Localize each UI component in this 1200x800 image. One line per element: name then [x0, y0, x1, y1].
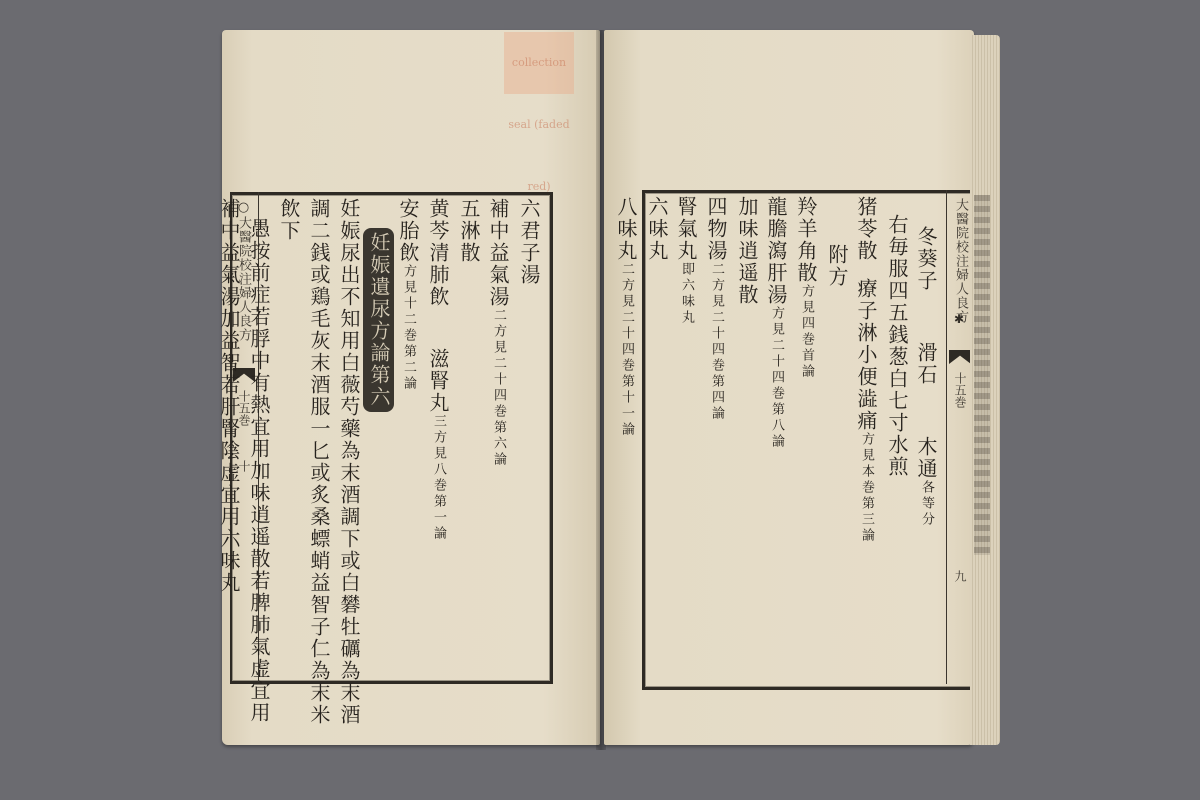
body-text: 飲下	[277, 198, 301, 242]
left-page-text: 六君子湯 補中益氣湯二方見二十四巻第六論 五淋散 黄芩清肺飲滋腎丸三方見八巻第一…	[262, 198, 544, 676]
text-column: 愚按前症若脬中有熱宜用加味逍遥散若脾肺氣虚宜用	[244, 198, 274, 676]
text-column: 五淋散	[454, 198, 484, 676]
text-column: 妊娠遺尿方論第六	[364, 198, 394, 676]
body-text: 調二銭或鶏毛灰末酒服一匕或炙桑螵蛸益智子仁為末米	[307, 198, 331, 726]
section-subheading: 附方	[825, 244, 849, 288]
formula-name: 六君子湯	[517, 198, 541, 286]
formula-name: 滋腎丸	[426, 348, 450, 414]
cross-reference-note: 方見二十四巻第八論	[769, 306, 784, 450]
text-column: 補中益氣湯加益智若肝腎陰虚宜用六味丸	[214, 198, 244, 676]
formula-name: 腎氣丸	[674, 196, 698, 262]
text-column: 腎氣丸即六味丸	[672, 196, 702, 682]
right-folio-number: 九	[952, 570, 969, 582]
text-column: 妊娠尿出不知用白薇芍藥為末酒調下或白礬牡礪為末酒	[334, 198, 364, 676]
cross-reference-note: 即六味丸	[679, 262, 694, 326]
text-column: 加味逍遥散	[732, 196, 762, 682]
text-column: 六君子湯	[514, 198, 544, 676]
text-column: 安胎飲方見十二巻第二論	[394, 198, 424, 676]
body-text: 妊娠尿出不知用白薇芍藥為末酒調下或白礬牡礪為末酒	[337, 198, 361, 726]
formula-name: 猪苓散	[854, 196, 878, 262]
formula-name: 補中益氣湯	[486, 198, 510, 308]
text-column: 四物湯二方見二十四巻第四論	[702, 196, 732, 682]
cross-reference-note: 方見四巻首論	[799, 284, 814, 380]
cross-reference-note: 方見十二巻第二論	[401, 264, 416, 392]
text-column: 羚羊角散方見四巻首論	[792, 196, 822, 682]
collection-seal: collection seal (faded red)	[504, 32, 574, 94]
formula-name: 八味丸	[614, 196, 638, 262]
text-column: 六味丸	[642, 196, 672, 682]
formula-name: 加味逍遥散	[735, 196, 759, 306]
cross-reference-note: 二方見二十四巻第四論	[709, 262, 724, 422]
fishtail-mark-icon	[949, 350, 971, 364]
commentary-text: 補中益氣湯加益智若肝腎陰虚宜用六味丸	[217, 198, 241, 594]
edge-ink-bleed	[974, 195, 990, 555]
ingredient-name: 滑石	[914, 342, 938, 386]
formula-name: 五淋散	[457, 198, 481, 264]
open-book: collection seal (faded red) ○大醫院校注婦人良方 十…	[222, 30, 1002, 750]
formula-name: 羚羊角散	[794, 196, 818, 284]
indication-text: 療子淋小便澁痛	[854, 278, 878, 432]
text-column: 右毎服四五銭葱白七寸水煎	[882, 196, 912, 682]
ingredient-name: 木通	[914, 436, 938, 480]
text-column: 調二銭或鶏毛灰末酒服一匕或炙桑螵蛸益智子仁為末米	[304, 198, 334, 676]
right-page-center-column: 大醫院校注婦人良方 十五巻 九	[946, 190, 973, 684]
text-column: 猪苓散療子淋小便澁痛方見本巻第三論	[852, 196, 882, 682]
commentary-text: 愚按前症若脬中有熱宜用加味逍遥散若脾肺氣虚宜用	[247, 218, 271, 724]
ingredient-name: 冬葵子	[914, 226, 938, 292]
formula-name: 四物湯	[704, 196, 728, 262]
section-heading: 妊娠遺尿方論第六	[363, 228, 394, 412]
text-column: 黄芩清肺飲滋腎丸三方見八巻第一論	[424, 198, 454, 676]
text-column: 飲下	[274, 198, 304, 676]
page-stack-edge	[970, 35, 1000, 745]
left-page: collection seal (faded red) ○大醫院校注婦人良方 十…	[222, 30, 600, 745]
text-column: 龍膽瀉肝湯方見二十四巻第八論	[762, 196, 792, 682]
text-column: 附方	[822, 196, 852, 682]
body-text: 右毎服四五銭葱白七寸水煎	[885, 214, 909, 478]
right-juan-number: 十五巻	[952, 372, 969, 408]
text-column: 八味丸二方見二十四巻第十一論	[612, 196, 642, 682]
cross-reference-note: 三方見八巻第一論	[431, 414, 446, 542]
formula-name: 安胎飲	[396, 198, 420, 264]
formula-name: 龍膽瀉肝湯	[764, 196, 788, 306]
right-banxin-title: 大醫院校注婦人良方	[951, 198, 970, 324]
text-column: 冬葵子滑石木通各等分	[912, 196, 942, 682]
formula-name: 黄芩清肺飲	[426, 198, 450, 308]
cross-reference-note: 方見本巻第三論	[859, 432, 874, 544]
cross-reference-note: 二方見二十四巻第六論	[491, 308, 506, 468]
cross-reference-note: 二方見二十四巻第十一論	[619, 262, 634, 438]
formula-name: 六味丸	[645, 196, 669, 262]
right-page-text: 冬葵子滑石木通各等分 右毎服四五銭葱白七寸水煎 猪苓散療子淋小便澁痛方見本巻第三…	[646, 196, 942, 682]
text-column: 補中益氣湯二方見二十四巻第六論	[484, 198, 514, 676]
dosage-note: 各等分	[919, 480, 934, 528]
